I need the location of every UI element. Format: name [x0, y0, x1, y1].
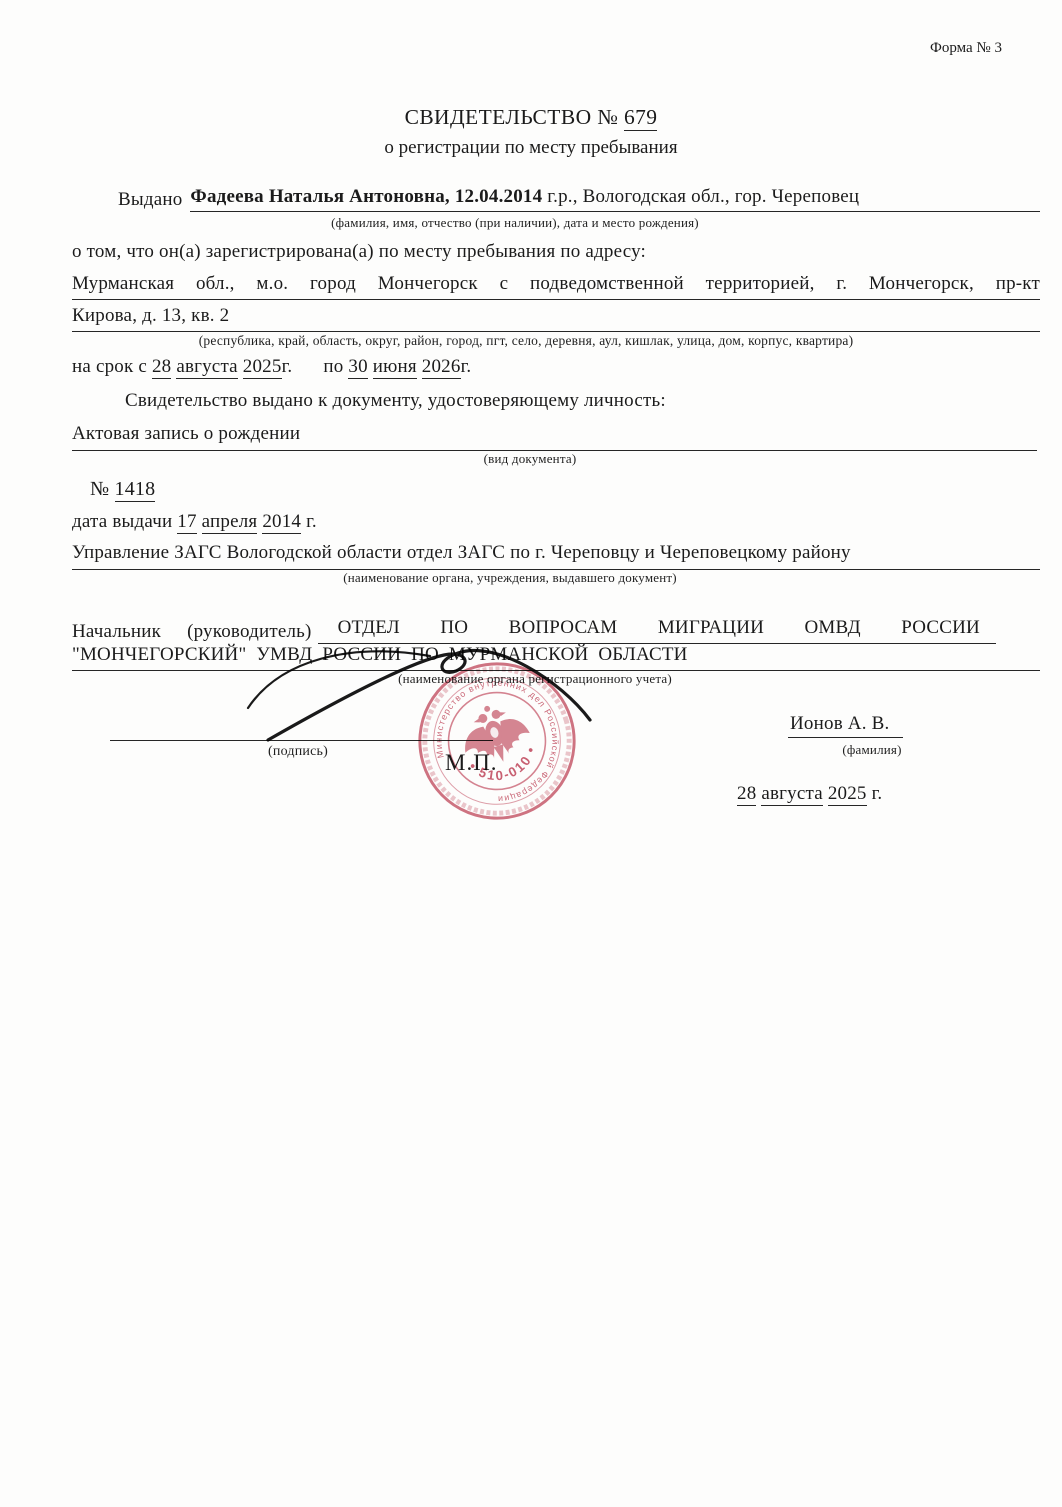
period-to-label: по — [323, 356, 343, 377]
surname-row: Ионов А. В. — [788, 712, 903, 736]
certificate-number: 679 — [624, 105, 657, 131]
document-issue-date-row: дата выдачи 17 апреля 2014 г. — [72, 510, 317, 534]
document-title: СВИДЕТЕЛЬСТВО № 679 — [0, 105, 1062, 130]
issue-date-label: дата выдачи — [72, 511, 172, 532]
issue-month: апреля — [202, 511, 258, 534]
period-to-year: 2026 — [422, 356, 461, 379]
issued-prefix: Выдано — [118, 188, 182, 212]
document-number-row: № 1418 — [90, 477, 155, 502]
period-prefix: на срок с — [72, 356, 147, 377]
document-issuer: Управление ЗАГС Вологодской области отде… — [72, 541, 1040, 570]
bottom-date-suffix: г. — [872, 783, 883, 804]
handwritten-signature — [218, 628, 618, 753]
org-word: МИГРАЦИИ — [658, 616, 764, 640]
period-to-suffix: г. — [461, 356, 472, 377]
address-line-1: Мурманская обл., м.о. город Мончегорск с… — [72, 272, 1040, 300]
bottom-date-month: августа — [761, 783, 823, 806]
issue-suffix: г. — [306, 511, 317, 532]
registration-intro: о том, что он(а) зарегистрирована(а) по … — [72, 240, 646, 264]
person-name: Фадеева Наталья Антоновна, 12.04.2014 — [190, 186, 542, 207]
name-field-caption: (фамилия, имя, отчество (при наличии), д… — [280, 215, 750, 231]
issue-year: 2014 — [262, 511, 301, 534]
org-word: ОМВД — [804, 616, 860, 640]
period-from-day: 28 — [152, 356, 171, 379]
document-kind-caption: (вид документа) — [380, 451, 680, 467]
document-issuer-caption: (наименование органа, учреждения, выдавш… — [330, 570, 690, 586]
period-to-month: июня — [373, 356, 417, 379]
period-from-suffix: г. — [282, 356, 293, 377]
bottom-date-year: 2025 — [828, 783, 867, 806]
head-label: Начальник — [72, 620, 161, 644]
surname-caption: (фамилия) — [812, 742, 932, 758]
period-from-month: августа — [176, 356, 238, 379]
issued-to-row: Выдано Фадеева Наталья Антоновна, 12.04.… — [118, 185, 1040, 212]
title-text: СВИДЕТЕЛЬСТВО № — [405, 105, 619, 129]
document-number-label: № — [90, 478, 109, 500]
issue-day: 17 — [177, 511, 196, 534]
identity-document-intro: Свидетельство выдано к документу, удосто… — [125, 389, 666, 413]
period-from-year: 2025 — [243, 356, 282, 379]
org-word: РОССИИ — [901, 616, 980, 640]
certificate-document: Форма № 3 СВИДЕТЕЛЬСТВО № 679 о регистра… — [0, 0, 1062, 1507]
official-surname: Ионов А. В. — [788, 713, 903, 738]
address-line-2: Кирова, д. 13, кв. 2 — [72, 304, 1040, 332]
form-number-label: Форма № 3 — [930, 40, 1002, 57]
person-birthplace: г.р., Вологодская обл., гор. Череповец — [542, 186, 859, 207]
bottom-date-day: 28 — [737, 783, 756, 806]
issue-date-bottom-row: 28 августа 2025 г. — [737, 782, 882, 806]
document-subtitle: о регистрации по месту пребывания — [0, 137, 1062, 159]
period-row: на срок с 28 августа 2025г. по 30 июня 2… — [72, 355, 471, 379]
document-number: 1418 — [115, 478, 156, 502]
document-kind: Актовая запись о рождении — [72, 422, 1037, 451]
address-field-caption: (республика, край, область, округ, район… — [100, 333, 952, 349]
person-name-field: Фадеева Наталья Антоновна, 12.04.2014 г.… — [190, 185, 1040, 212]
period-to-day: 30 — [348, 356, 367, 379]
